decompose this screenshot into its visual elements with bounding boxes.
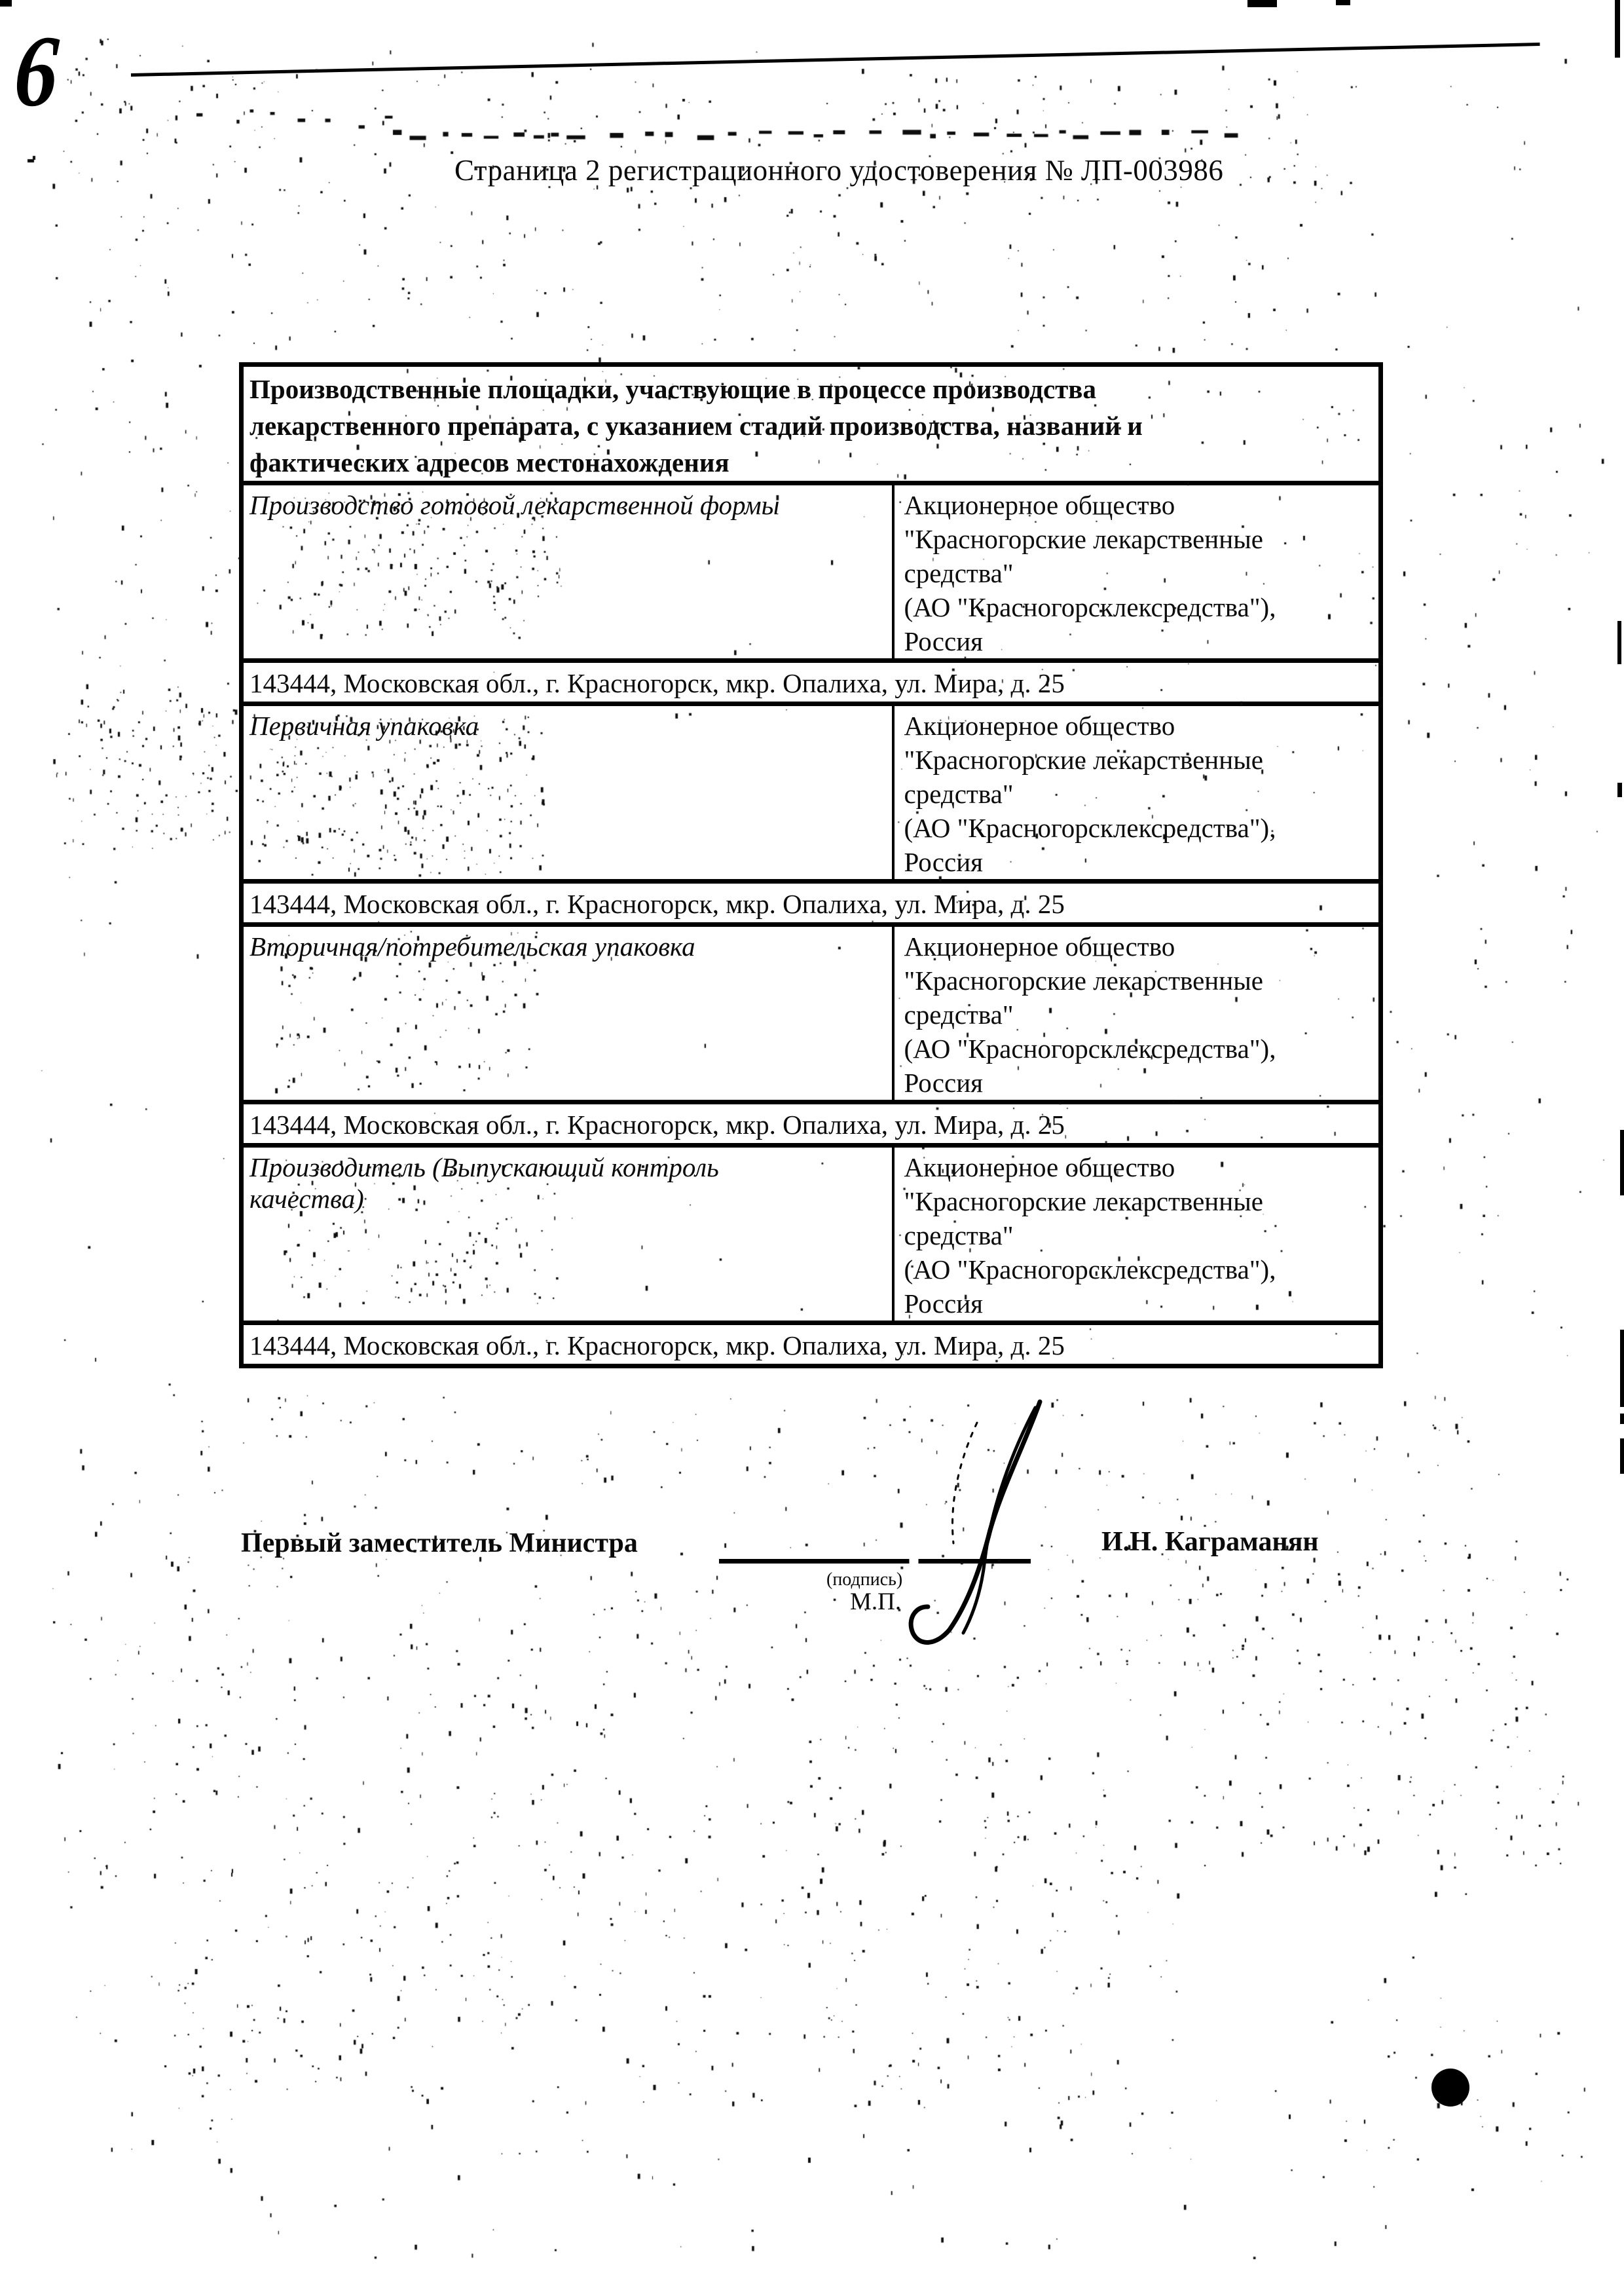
- document-page: 6 Страница 2 регистрационного удостовере…: [0, 0, 1624, 2286]
- signature-stroke: [0, 0, 1624, 2286]
